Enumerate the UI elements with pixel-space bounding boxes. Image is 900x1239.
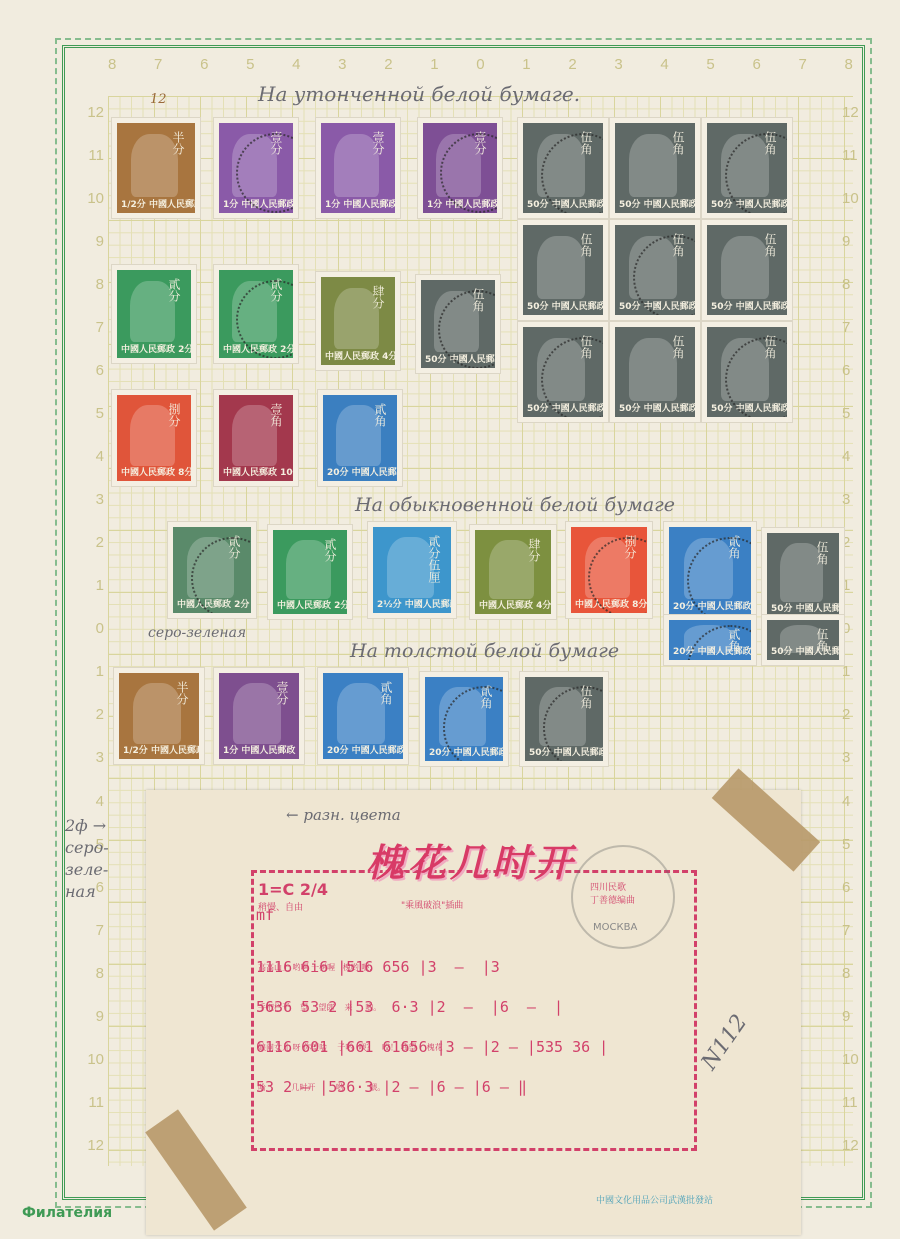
- ruler-tick: 8: [108, 56, 116, 78]
- stamp: 伍角 50分 中國人民郵政: [610, 220, 700, 320]
- song-subtitle: "乘風破浪"插曲: [401, 898, 463, 911]
- ruler-tick: 9: [842, 233, 872, 250]
- stamp: 壹分 1分 中國人民郵政: [418, 118, 502, 218]
- stamp-value: 1分 中國人民郵政: [325, 197, 391, 210]
- stamp-denomination: 貳角: [372, 403, 389, 427]
- ruler-tick: 6: [842, 362, 872, 379]
- stamp: 捌分 中國人民郵政 8分: [566, 522, 652, 618]
- section-heading-thin-paper: На утонченной белой бумаге.: [258, 82, 580, 106]
- ruler-tick: 5: [842, 836, 872, 853]
- stamp-denomination: 貳分: [166, 278, 183, 302]
- ruler-left: 1211109876543210123456789101112: [74, 104, 104, 1154]
- ruler-top: 87654321012345678: [108, 56, 853, 78]
- stamp-value: 中國人民郵政 2分: [121, 342, 187, 355]
- ruler-tick: 1: [842, 663, 872, 680]
- stamp: 伍角 50分 中國人民郵政: [762, 528, 844, 622]
- ruler-tick: 2: [842, 534, 872, 551]
- envelope-number: N112: [697, 1010, 753, 1075]
- stamp-denomination: 伍角: [578, 233, 595, 257]
- music-key: 1=C 2/4: [258, 880, 328, 899]
- ruler-tick: 11: [88, 1094, 104, 1111]
- ruler-tick: 12: [87, 104, 104, 121]
- stamp-value: 50分 中國人民郵政: [619, 197, 691, 210]
- lyric-line: 哈 几时开 哟 喂。: [258, 1082, 385, 1093]
- ruler-tick: 4: [96, 448, 104, 465]
- ruler-tick: 7: [96, 319, 104, 336]
- ruler-tick: 8: [96, 276, 104, 293]
- stamp-value: 50分 中國人民郵政: [771, 644, 835, 657]
- ruler-tick: 11: [88, 147, 104, 164]
- stamp-denomination: 貳分伍厘: [426, 535, 443, 583]
- stamp: 貳角 20分 中國人民郵政: [664, 522, 756, 620]
- section-heading-thick-paper: На толстой белой бумаге: [350, 640, 619, 662]
- ruler-tick: 10: [842, 190, 872, 207]
- stamp-value: 50分 中國人民郵政: [527, 299, 599, 312]
- stamp-value: 1/2分 中國人民郵政: [123, 743, 195, 756]
- ruler-tick: 4: [842, 448, 872, 465]
- tape-corner-bottom-left: [145, 1109, 247, 1230]
- ruler-tick: 1: [430, 56, 438, 78]
- ruler-tick: 3: [338, 56, 346, 78]
- ruler-tick: 12: [87, 1137, 104, 1154]
- stamp: 伍角 50分 中國人民郵政: [518, 322, 608, 422]
- stamp: 壹分 1分 中國人民郵政: [316, 118, 400, 218]
- pencil-number: 12: [150, 92, 167, 107]
- stamp-value: 20分 中國人民郵政: [327, 465, 393, 478]
- stamp-value: 中國人民郵政 4分: [325, 349, 391, 362]
- ruler-tick: 8: [842, 965, 872, 982]
- ruler-tick: 7: [798, 56, 806, 78]
- ruler-tick: 7: [842, 922, 872, 939]
- stamp: 貳角 20分 中國人民郵政: [420, 672, 508, 766]
- stamp: 伍角 50分 中國人民郵政: [762, 615, 844, 665]
- margin-note: 2ф → серо-зеле-ная: [65, 815, 120, 903]
- stamp-denomination: 半分: [170, 131, 187, 155]
- stamp: 壹分 1分 中國人民郵政: [214, 118, 298, 218]
- stamp-denomination: 貳角: [378, 681, 395, 705]
- stamp: 伍角 50分 中國人民郵政: [518, 118, 608, 218]
- ruler-tick: 3: [614, 56, 622, 78]
- ruler-tick: 1: [842, 577, 872, 594]
- ruler-tick: 4: [96, 793, 104, 810]
- stamp: 伍角 50分 中國人民郵政: [416, 275, 500, 373]
- ruler-tick: 8: [845, 56, 853, 78]
- ruler-tick: 4: [842, 793, 872, 810]
- lyric-line: 娘问女儿 呀 你望啥 子哟 喂？ 哎！ 我望 槐花: [258, 1042, 443, 1053]
- stamp-denomination: 伍角: [670, 335, 687, 359]
- song-title: 槐花几时开: [366, 832, 576, 887]
- stamp-denomination: 壹角: [268, 403, 285, 427]
- stamp: 伍角 50分 中國人民郵政: [702, 118, 792, 218]
- stamp-denomination: 伍角: [762, 233, 779, 257]
- stamp: 壹角 中國人民郵政 10分: [214, 390, 298, 486]
- ruler-tick: 9: [842, 1008, 872, 1025]
- ruler-tick: 8: [842, 276, 872, 293]
- stamp: 貳分伍厘 2½分 中國人民郵政: [368, 522, 456, 618]
- ruler-tick: 10: [842, 1051, 872, 1068]
- ruler-tick: 10: [87, 190, 104, 207]
- ruler-tick: 11: [842, 1094, 872, 1111]
- stamp: 肆分 中國人民郵政 4分: [470, 525, 556, 619]
- stamp-denomination: 壹分: [370, 131, 387, 155]
- ruler-tick: 1: [522, 56, 530, 78]
- ruler-tick: 6: [842, 879, 872, 896]
- ruler-tick: 2: [96, 706, 104, 723]
- stamp: 貳角 20分 中國人民郵政: [318, 390, 402, 486]
- stamp-denomination: 伍角: [670, 131, 687, 155]
- stamp-value: 1分 中國人民郵政: [223, 743, 295, 756]
- ruler-tick: 0: [476, 56, 484, 78]
- ruler-tick: 10: [87, 1051, 104, 1068]
- ruler-tick: 5: [842, 405, 872, 422]
- ruler-right: 1211109876543210123456789101112: [842, 104, 872, 1154]
- ruler-tick: 1: [96, 577, 104, 594]
- stamp-value: 50分 中國人民郵政: [711, 299, 783, 312]
- stamp: 捌分 中國人民郵政 8分: [112, 390, 196, 486]
- ruler-tick: 9: [96, 233, 104, 250]
- stamp: 伍角 50分 中國人民郵政: [520, 672, 608, 766]
- ruler-tick: 2: [96, 534, 104, 551]
- stamp-value: 中國人民郵政 4分: [479, 598, 547, 611]
- ruler-tick: 2: [384, 56, 392, 78]
- stamp: 伍角 50分 中國人民郵政: [610, 118, 700, 218]
- stamp: 貳分 中國人民郵政 2分: [268, 525, 352, 619]
- ruler-tick: 1: [96, 663, 104, 680]
- stamp: 貳角 20分 中國人民郵政: [318, 668, 408, 764]
- ruler-tick: 11: [842, 147, 872, 164]
- album-page: 87654321012345678 1211109876543210123456…: [0, 0, 900, 1239]
- ruler-tick: 9: [96, 1008, 104, 1025]
- stamp: 壹分 1分 中國人民郵政: [214, 668, 304, 764]
- stamp-denomination: 貳分: [322, 538, 339, 562]
- stamp-denomination: 捌分: [166, 403, 183, 427]
- stamp-denomination: 半分: [174, 681, 191, 705]
- stamp-denomination: 伍角: [814, 541, 831, 565]
- stamp-value: 20分 中國人民郵政: [327, 743, 399, 756]
- color-note: ← разн. цвета: [286, 806, 401, 824]
- lyric-line: 高高山上 哟啊 一树喔 槐哟 喂，: [258, 962, 377, 973]
- lyric-line: 手把栏干 望 望郎 来 哟。: [258, 1002, 381, 1013]
- ruler-tick: 8: [96, 965, 104, 982]
- stamp: 伍角 50分 中國人民郵政: [702, 322, 792, 422]
- ruler-tick: 7: [96, 922, 104, 939]
- ruler-tick: 2: [568, 56, 576, 78]
- stamp: 貳分 中國人民郵政 2分: [168, 522, 256, 618]
- ruler-tick: 3: [96, 749, 104, 766]
- stamp-value: 50分 中國人民郵政: [619, 401, 691, 414]
- cover-envelope: 槐花几时开 1=C 2/4 稍慢、自由 "乘風破浪"插曲 四川民歌 丁善德编曲 …: [146, 790, 801, 1235]
- stamp: 貳分 中國人民郵政 2分: [112, 265, 196, 363]
- ruler-tick: 6: [200, 56, 208, 78]
- ruler-tick: 7: [842, 319, 872, 336]
- note-grey-green: серо-зеленая: [148, 625, 246, 641]
- stamp: 伍角 50分 中國人民郵政: [518, 220, 608, 320]
- stamp-value: 中國人民郵政 8分: [121, 465, 187, 478]
- ruler-tick: 5: [96, 405, 104, 422]
- ruler-tick: 5: [706, 56, 714, 78]
- printer-imprint: 中國文化用品公司武漢批發站: [596, 1193, 713, 1206]
- ruler-tick: 12: [842, 1137, 872, 1154]
- section-heading-ordinary-paper: На обыкновенной белой бумаге: [355, 494, 675, 516]
- ruler-tick: 0: [96, 620, 104, 637]
- stamp-value: 1/2分 中國人民郵政: [121, 197, 191, 210]
- stamp-denomination: 肆分: [370, 285, 387, 309]
- ruler-tick: 0: [842, 620, 872, 637]
- ruler-tick: 4: [292, 56, 300, 78]
- stamp: 貳角 20分 中國人民郵政: [664, 615, 756, 665]
- stamp-value: 2½分 中國人民郵政: [377, 597, 447, 610]
- ruler-tick: 2: [842, 706, 872, 723]
- stamp-value: 50分 中國人民郵政: [771, 601, 835, 614]
- stamp: 半分 1/2分 中國人民郵政: [112, 118, 200, 218]
- stamp: 伍角 50分 中國人民郵政: [702, 220, 792, 320]
- ruler-tick: 4: [660, 56, 668, 78]
- stamp-denomination: 肆分: [526, 538, 543, 562]
- stamp: 肆分 中國人民郵政 4分: [316, 272, 400, 370]
- stamp-denomination: 壹分: [274, 681, 291, 705]
- music-line: mf: [256, 906, 274, 924]
- stamp-value: 中國人民郵政 2分: [277, 598, 343, 611]
- ruler-tick: 7: [154, 56, 162, 78]
- moscow-postmark: МОСКВА: [571, 845, 675, 949]
- ruler-tick: 6: [752, 56, 760, 78]
- stamp-value: 中國人民郵政 10分: [223, 465, 289, 478]
- ruler-tick: 3: [96, 491, 104, 508]
- ruler-tick: 5: [246, 56, 254, 78]
- publisher-label: Филателия: [22, 1205, 112, 1221]
- stamp: 半分 1/2分 中國人民郵政: [114, 668, 204, 764]
- ruler-tick: 3: [842, 491, 872, 508]
- ruler-tick: 3: [842, 749, 872, 766]
- ruler-tick: 6: [96, 362, 104, 379]
- stamp: 伍角 50分 中國人民郵政: [610, 322, 700, 422]
- stamp: 貳分 中國人民郵政 2分: [214, 265, 298, 363]
- ruler-tick: 12: [842, 104, 872, 121]
